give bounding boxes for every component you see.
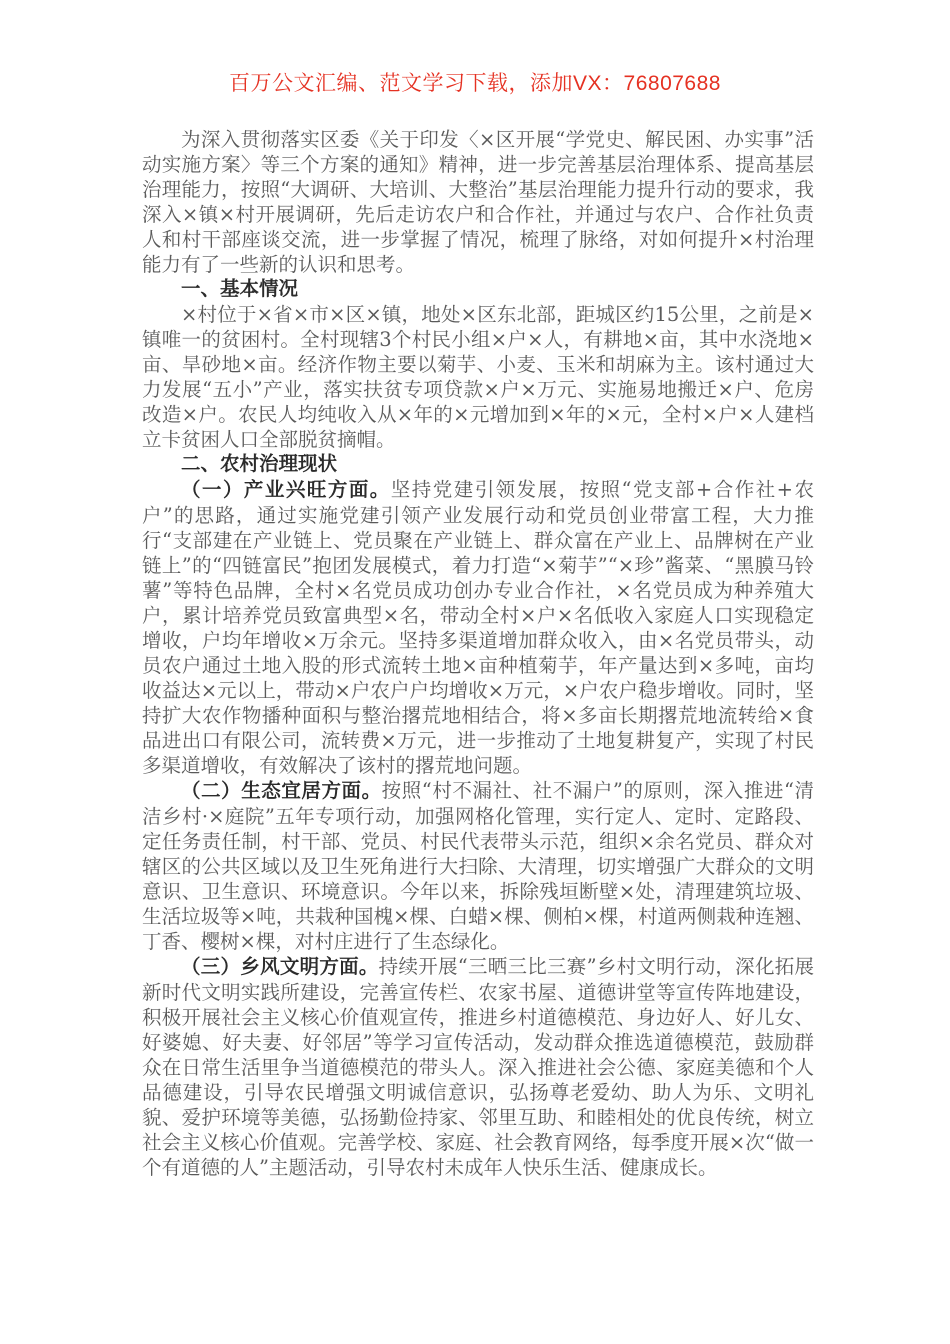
paragraph: ×村位于×省×市×区×镇，地处×区东北部，距城区约15公里，之前是×镇唯一的贫困… [142, 302, 814, 452]
promo-header: 百万公文汇编、范文学习下载，添加VX：76807688 [0, 71, 950, 97]
document-page: 百万公文汇编、范文学习下载，添加VX：76807688 为深入贯彻落实区委《关于… [0, 0, 950, 1344]
section-heading: 二、农村治理现状 [142, 452, 814, 477]
document-body: 为深入贯彻落实区委《关于印发〈×区开展“学党史、解民困、办实事”活动实施方案〉等… [142, 127, 814, 1180]
paragraph-lead: （一）产业兴旺方面。 [181, 479, 391, 501]
paragraph-lead: （二）生态宜居方面。 [181, 780, 382, 802]
paragraph-lead: （三）乡风文明方面。 [181, 956, 379, 978]
section-heading: 一、基本情况 [142, 277, 814, 302]
paragraph: 为深入贯彻落实区委《关于印发〈×区开展“学党史、解民困、办实事”活动实施方案〉等… [142, 127, 814, 277]
paragraph: （三）乡风文明方面。持续开展“三晒三比三赛”乡村文明行动，深化拓展新时代文明实践… [142, 954, 814, 1180]
paragraph: （一）产业兴旺方面。坚持党建引领发展，按照“党支部+合作社+农户”的思路，通过实… [142, 477, 814, 778]
paragraph: （二）生态宜居方面。按照“村不漏社、社不漏户”的原则，深入推进“清洁乡村·×庭院… [142, 778, 814, 954]
